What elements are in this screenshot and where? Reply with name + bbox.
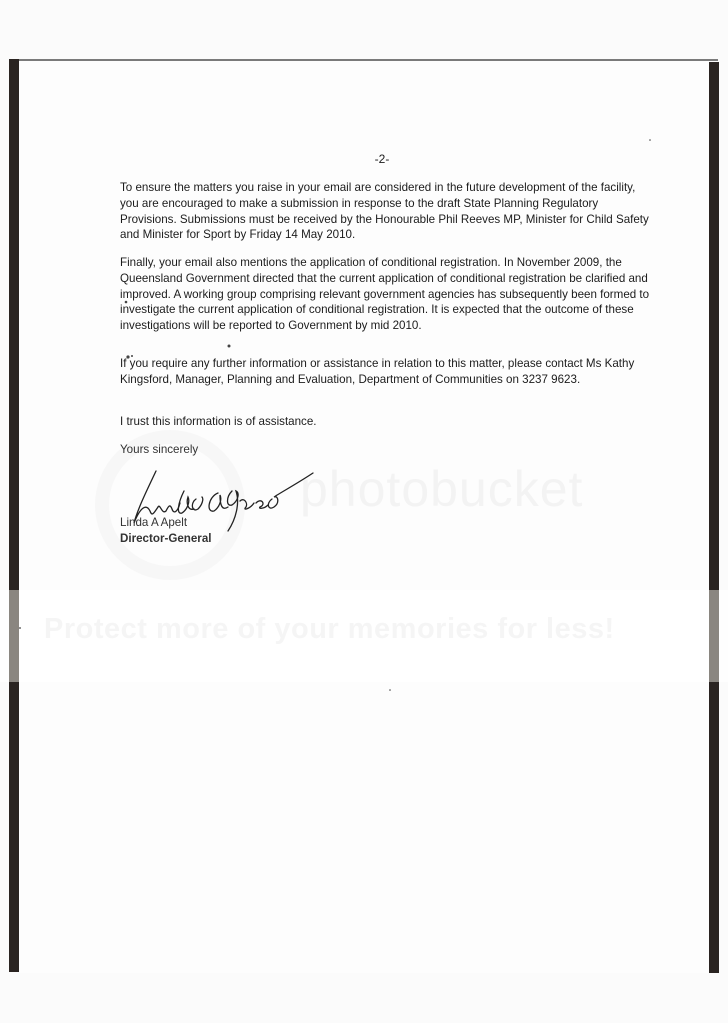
scan-specks bbox=[0, 0, 728, 1023]
